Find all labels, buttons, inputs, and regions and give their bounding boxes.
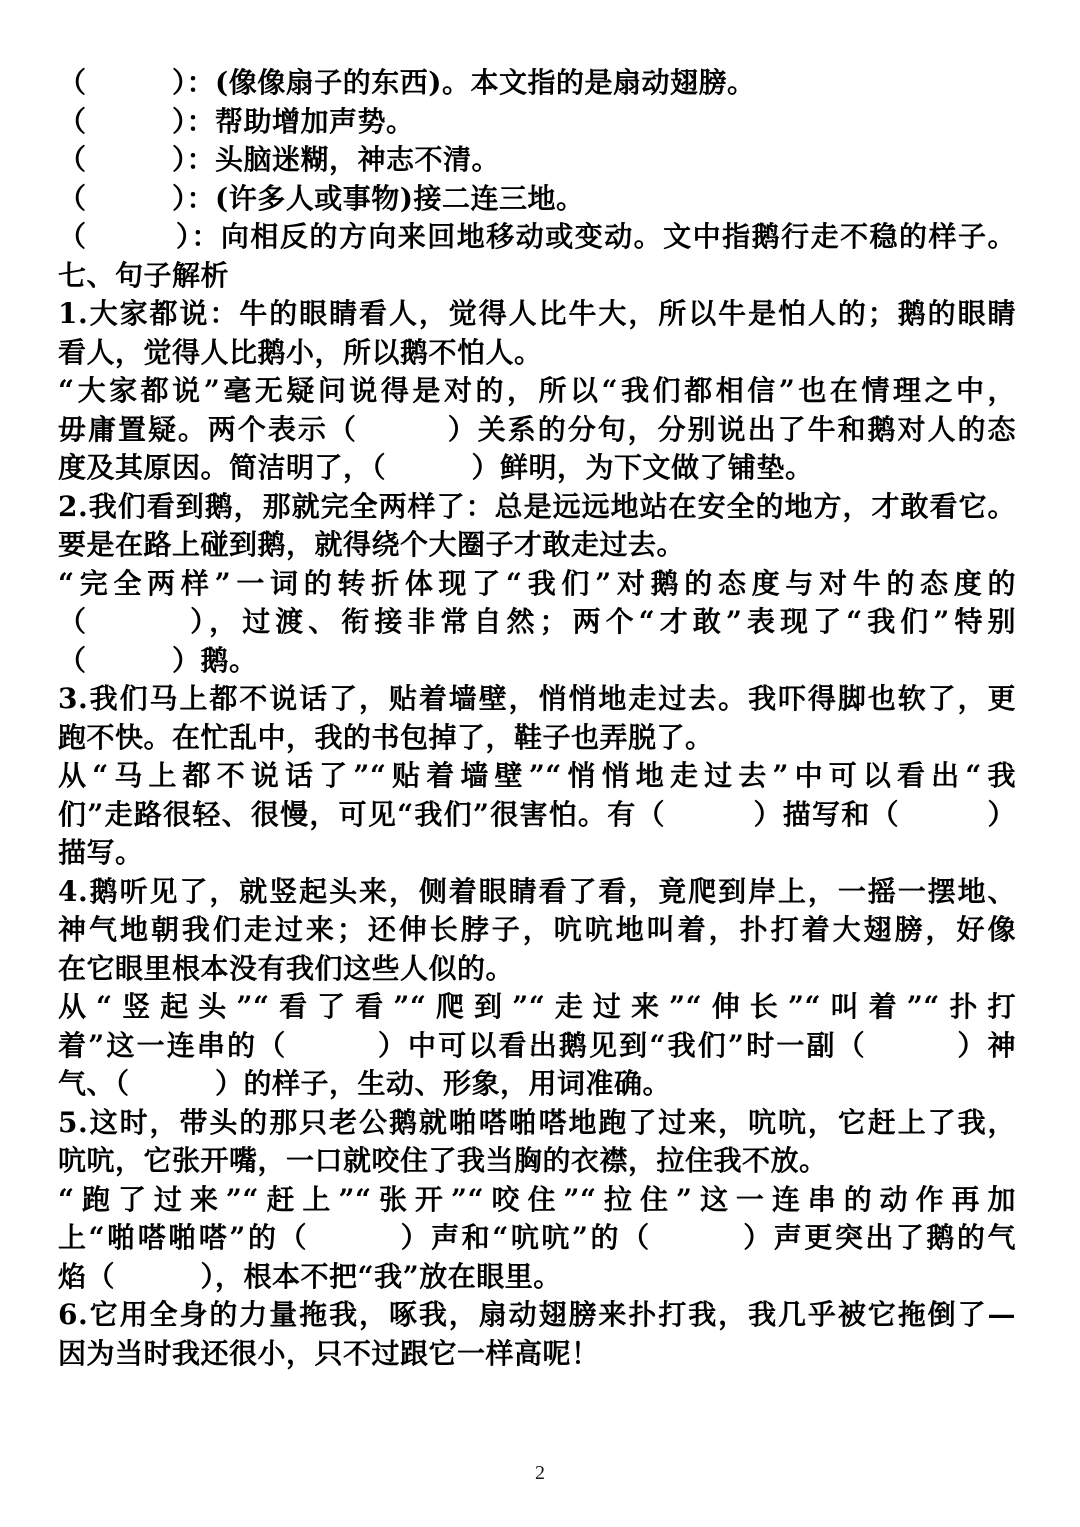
text-line-12: 跑不快。在忙乱中，我的书包掉了，鞋子也弄脱了。	[58, 719, 1016, 758]
text-line-24: “跑了过来”“赶上”“张开”“咬住”“拉住”这一连串的动作再加	[58, 1181, 1016, 1220]
text-line-2: 看人，觉得人比鹅小，所以鹅不怕人。	[58, 334, 1016, 373]
text-line-13: 从“马上都不说话了”“贴着墙壁”“悄悄地走过去”中可以看出“我	[58, 757, 1016, 796]
text-line-11: 3.我们马上都不说话了，贴着墙壁，悄悄地走过去。我吓得脚也软了，更	[58, 680, 1016, 719]
document-content: （ ）：(像像扇子的东西)。本文指的是扇动翅膀。 （ ）：帮助增加声势。 （ ）…	[58, 64, 1016, 1373]
text-line-4: 毋庸置疑。两个表示（ ）关系的分句，分别说出了牛和鹅对人的态	[58, 411, 1016, 450]
definition-line-5: （ ）：向相反的方向来回地移动或变动。文中指鹅行走不稳的样子。	[58, 218, 1016, 257]
text-line-17: 神气地朝我们走过来；还伸长脖子，吭吭地叫着，扑打着大翅膀，好像	[58, 911, 1016, 950]
text-line-26: 焰（ ），根本不把“我”放在眼里。	[58, 1258, 1016, 1297]
text-line-20: 着”这一连串的（ ）中可以看出鹅见到“我们”时一副（ ）神	[58, 1027, 1016, 1066]
text-line-23: 吭吭，它张开嘴，一口就咬住了我当胸的衣襟，拉住我不放。	[58, 1142, 1016, 1181]
text-line-14: 们”走路很轻、很慢，可见“我们”很害怕。有（ ）描写和（ ）	[58, 796, 1016, 835]
text-line-19: 从“竖起头”“看了看”“爬到”“走过来”“伸长”“叫着”“扑打	[58, 988, 1016, 1027]
text-line-15: 描写。	[58, 834, 1016, 873]
definition-line-1: （ ）：(像像扇子的东西)。本文指的是扇动翅膀。	[58, 64, 1016, 103]
text-line-21: 气、（ ）的样子，生动、形象，用词准确。	[58, 1065, 1016, 1104]
text-line-25: 上“啪嗒啪嗒”的（ ）声和“吭吭”的（ ）声更突出了鹅的气	[58, 1219, 1016, 1258]
text-line-7: 要是在路上碰到鹅，就得绕个大圈子才敢走过去。	[58, 526, 1016, 565]
text-line-28: 因为当时我还很小，只不过跟它一样高呢！	[58, 1335, 1016, 1374]
text-line-27: 6.它用全身的力量拖我，啄我，扇动翅膀来扑打我，我几乎被它拖倒了—	[58, 1296, 1016, 1335]
text-line-22: 5.这时，带头的那只老公鹅就啪嗒啪嗒地跑了过来，吭吭，它赶上了我，	[58, 1104, 1016, 1143]
text-line-1: 1.大家都说：牛的眼睛看人，觉得人比牛大，所以牛是怕人的；鹅的眼睛	[58, 295, 1016, 334]
section-heading: 七、句子解析	[58, 257, 1016, 296]
text-line-3: “大家都说”毫无疑问说得是对的，所以“我们都相信”也在情理之中，	[58, 372, 1016, 411]
text-line-5: 度及其原因。简洁明了，（ ）鲜明，为下文做了铺垫。	[58, 449, 1016, 488]
text-line-6: 2.我们看到鹅，那就完全两样了：总是远远地站在安全的地方，才敢看它。	[58, 488, 1016, 527]
text-line-9: （ ），过渡、衔接非常自然；两个“才敢”表现了“我们”特别	[58, 603, 1016, 642]
text-line-8: “完全两样”一词的转折体现了“我们”对鹅的态度与对牛的态度的	[58, 565, 1016, 604]
text-line-16: 4.鹅听见了，就竖起头来，侧着眼睛看了看，竟爬到岸上，一摇一摆地、	[58, 873, 1016, 912]
text-line-10: （ ）鹅。	[58, 642, 1016, 681]
page-number: 2	[0, 1462, 1080, 1485]
worksheet-page: （ ）：(像像扇子的东西)。本文指的是扇动翅膀。 （ ）：帮助增加声势。 （ ）…	[0, 0, 1080, 1527]
definition-line-4: （ ）：(许多人或事物)接二连三地。	[58, 180, 1016, 219]
text-line-18: 在它眼里根本没有我们这些人似的。	[58, 950, 1016, 989]
definition-line-2: （ ）：帮助增加声势。	[58, 103, 1016, 142]
definition-line-3: （ ）：头脑迷糊，神志不清。	[58, 141, 1016, 180]
